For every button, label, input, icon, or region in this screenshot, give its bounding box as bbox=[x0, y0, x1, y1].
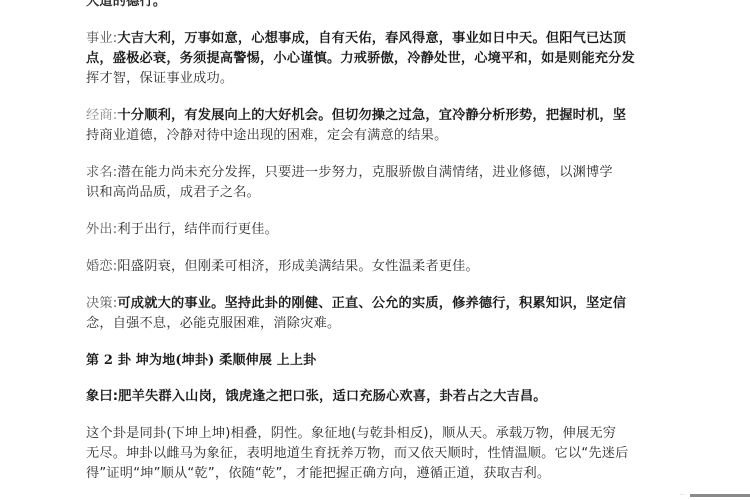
watermark-text: ··· bbox=[679, 492, 685, 499]
section-business: 经商:十分顺利，有发展向上的大好机会。但切勿操之过急，宜冷静分析形势，把握时机，… bbox=[86, 106, 686, 146]
section-label: 决策: bbox=[86, 296, 117, 311]
watermark-bar bbox=[690, 494, 750, 497]
section-label: 求名: bbox=[86, 165, 117, 180]
xiang-verse: 象曰:肥羊失群入山岗，饿虎逢之把口张，适口充肠心欢喜，卦若占之大吉昌。 bbox=[86, 387, 686, 407]
section-label: 婚恋: bbox=[86, 259, 117, 274]
section-fame: 求名:潜在能力尚未充分发挥，只要进一步努力，克服骄傲自满情绪，进业修德，以渊博学… bbox=[86, 163, 686, 203]
section-label: 经商: bbox=[86, 108, 117, 123]
section-label: 外出: bbox=[86, 222, 117, 237]
hexagram-heading: 第 2 卦 坤为地(坤卦) 柔顺伸展 上上卦 bbox=[86, 351, 686, 371]
hexagram-explanation: 这个卦是同卦(下坤上坤)相叠，阴性。象征地(与乾卦相反)，顺从天。承载万物，伸展… bbox=[86, 424, 686, 484]
section-label: 事业: bbox=[86, 31, 117, 46]
section-travel: 外出:利于出行，结伴而行更佳。 bbox=[86, 220, 686, 240]
section-label: 象曰: bbox=[86, 389, 118, 404]
section-decision: 决策:可成就大的事业。坚持此卦的刚健、正直、公允的实质，修养德行，积累知识，坚定… bbox=[86, 294, 686, 334]
section-career: 事业:大吉大利，万事如意，心想事成，自有天佑，春风得意，事业如日中天。但阳气已达… bbox=[86, 29, 686, 89]
document-page: 大道的德行。 事业:大吉大利，万事如意，心想事成，自有天佑，春风得意，事业如日中… bbox=[86, 0, 686, 500]
section-marriage: 婚恋:阳盛阴衰，但刚柔可相济，形成美满结果。女性温柔者更佳。 bbox=[86, 257, 686, 277]
intro-tail: 大道的德行。 bbox=[86, 0, 686, 12]
